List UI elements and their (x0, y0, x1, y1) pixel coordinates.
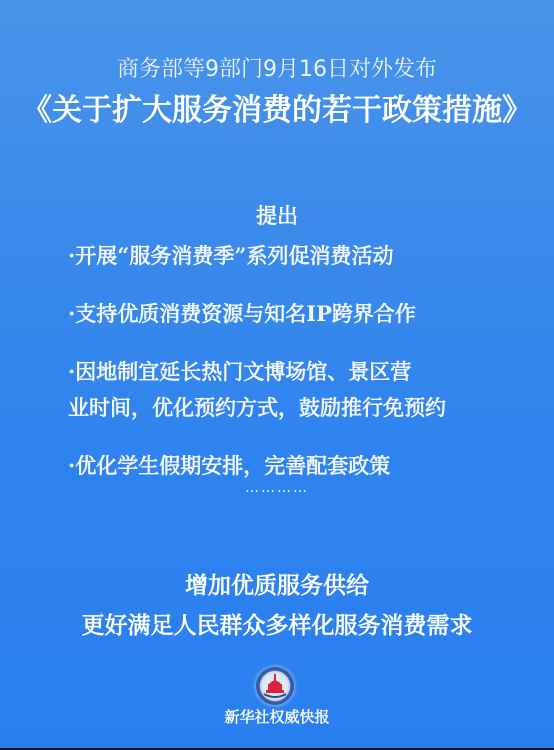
closing-line-2: 更好满足人民群众多样化服务消费需求 (0, 606, 554, 646)
emblem-graphic-icon (256, 667, 294, 705)
list-item: ·因地制宜延长热门文博场馆、景区营 业时间，优化预约方式，鼓励推行免预约 (68, 354, 518, 426)
page-title: 《关于扩大服务消费的若干政策措施》 (0, 92, 554, 130)
list-item: ·优化学生假期安排，完善配套政策 (68, 448, 518, 484)
list-item: ·开展“服务消费季”系列促消费活动 (68, 238, 518, 274)
closing-statement: 增加优质服务供给 更好满足人民群众多样化服务消费需求 (0, 566, 554, 646)
section-label: 提出 (0, 203, 554, 229)
poster: 商务部等9部门9月16日对外发布 《关于扩大服务消费的若干政策措施》 提出 ·开… (0, 0, 554, 748)
closing-line-1: 增加优质服务供给 (0, 566, 554, 606)
ellipsis: ………… (0, 480, 554, 496)
subtitle: 商务部等9部门9月16日对外发布 (0, 56, 554, 84)
xinhua-emblem-icon (256, 667, 294, 705)
list-item: ·支持优质消费资源与知名IP跨界合作 (68, 296, 518, 332)
bullet-list: ·开展“服务消费季”系列促消费活动 ·支持优质消费资源与知名IP跨界合作 ·因地… (68, 238, 518, 506)
footer-source: 新华社权威快报 (0, 707, 554, 727)
